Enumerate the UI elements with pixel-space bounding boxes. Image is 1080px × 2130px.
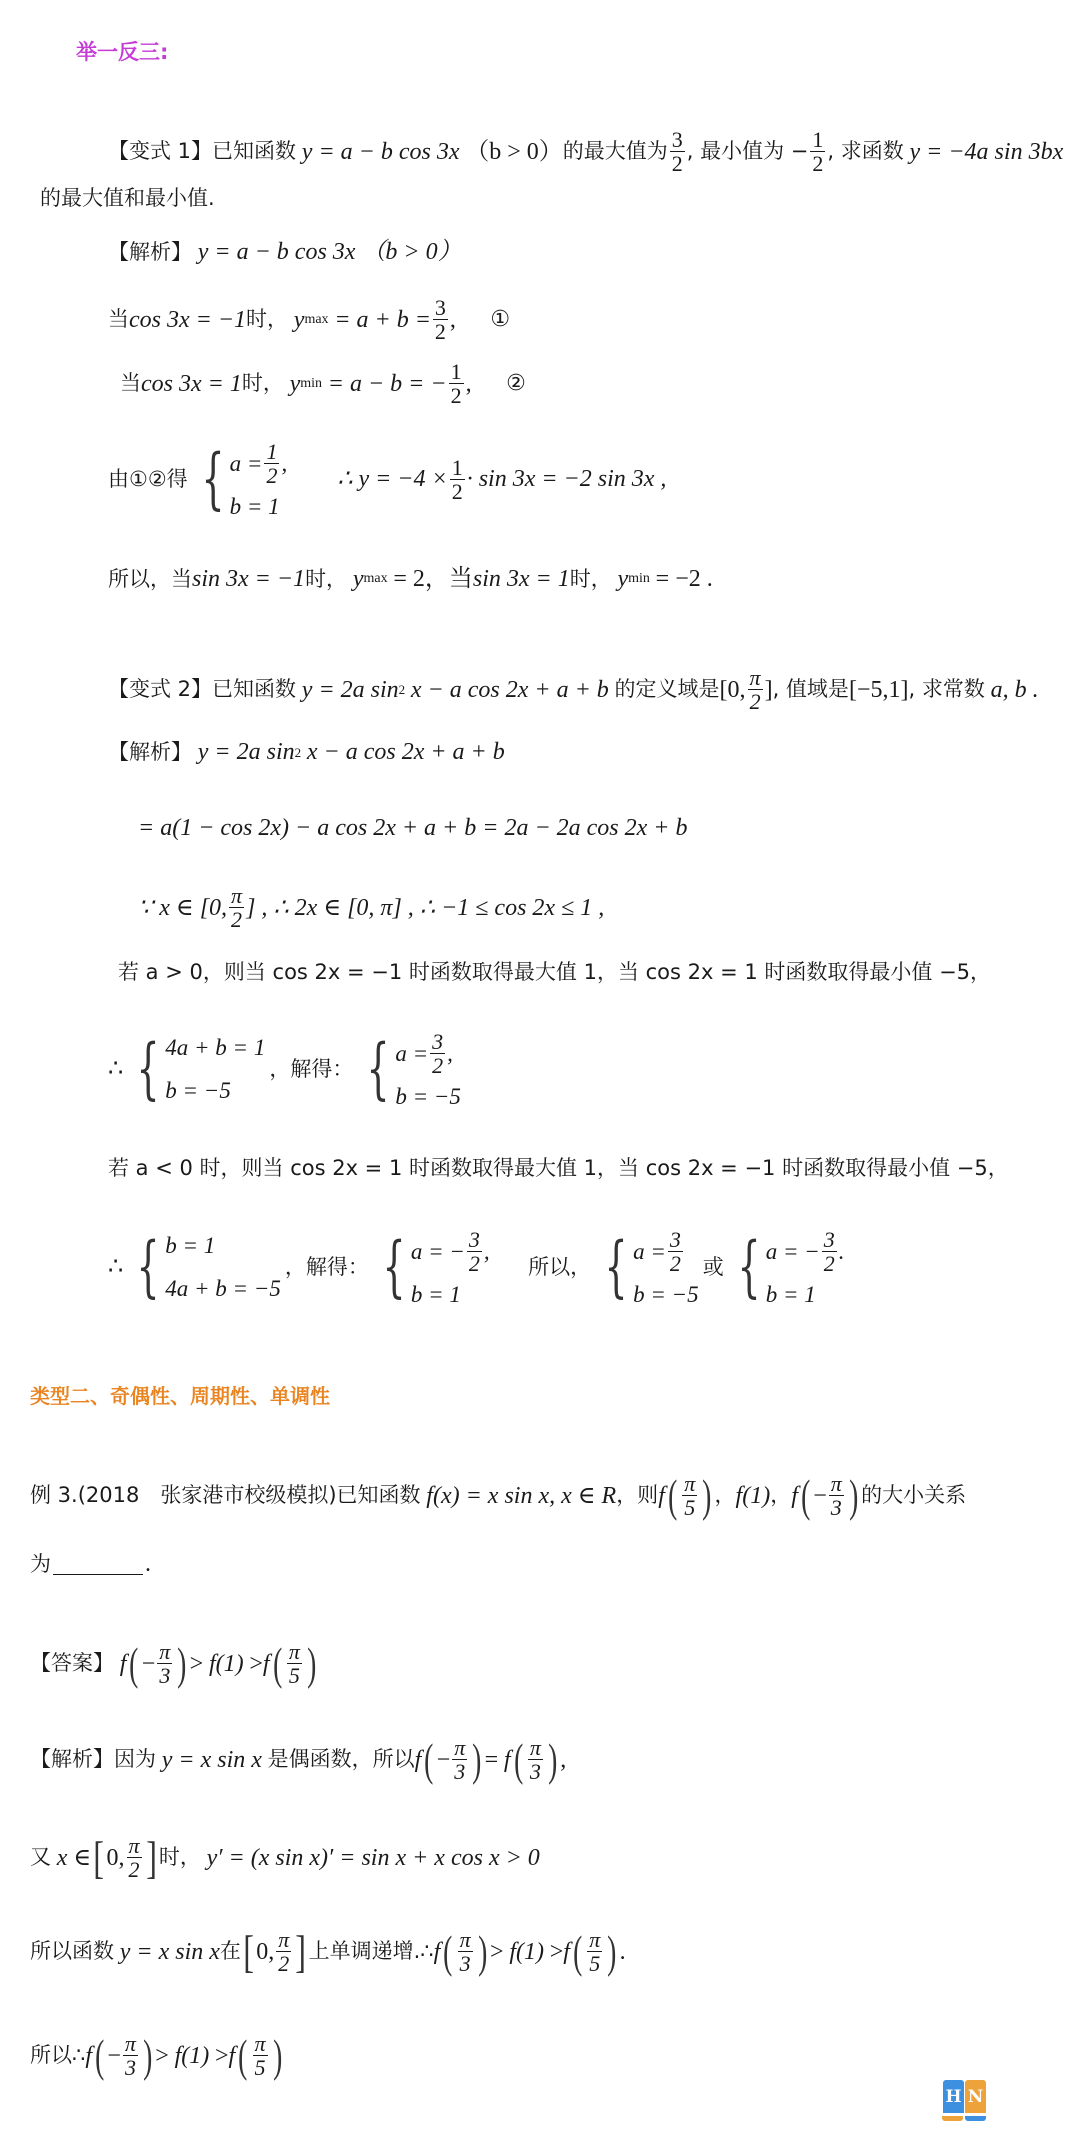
system-row: b = 1 (766, 1283, 845, 1306)
system-row: 4a + b = 1 (165, 1036, 265, 1059)
text: 上单调递增.∴ (309, 1941, 434, 1962)
hn-logo-icon: H N (942, 2080, 988, 2122)
system-row: b = −5 (633, 1283, 699, 1306)
example3-solution-line3: 所以函数 y = x sin x 在 [0,π2] 上单调递增.∴ f(π3) … (30, 1928, 626, 1975)
denominator: 2 (810, 151, 825, 175)
fraction: π2 (748, 666, 763, 713)
math-expr: y = 2a sin (198, 740, 295, 764)
system-row: b = −5 (395, 1085, 461, 1108)
system-row: 4a + b = −5 (165, 1277, 281, 1300)
text: 若 a > 0，则当 cos 2x = −1 时函数取得最大值 1，当 cos … (118, 962, 991, 983)
text: , 值域是 (773, 679, 849, 700)
equation-system: { a = −32. b = 1 (728, 1228, 845, 1306)
brace-icon: { (201, 440, 224, 518)
superscript: 2 (295, 746, 302, 759)
math-expr: x − a cos 2x + a + b (307, 740, 505, 764)
superscript: 2 (399, 683, 406, 696)
solution-label: 【解析】 (108, 242, 192, 263)
math-expr: y = a − b cos 3x (302, 140, 460, 164)
math-expr: f(x) = x sin x, x ∈ R (426, 1484, 616, 1508)
subscript: max (304, 313, 328, 327)
numerator: 1 (450, 456, 465, 479)
example3-solution-line2: 又 x ∈ [0,π2] 时， y′ = (x sin x)′ = sin x … (30, 1834, 540, 1881)
text: 所以∴ (30, 2045, 85, 2066)
text: 的大小关系 (861, 1485, 966, 1506)
text: ，解得： (285, 1257, 369, 1278)
variant1-question-line2: 的最大值和最小值. (40, 188, 215, 209)
math-expr: = a − b = − (328, 372, 447, 396)
math-expr: sin 3x = 1 (473, 567, 570, 591)
text: 的定义域是 (615, 679, 720, 700)
variant1-step2: 当 cos 3x = 1 时， ymin = a − b = − 12 , ② (120, 360, 526, 407)
text: 所以，当 (108, 569, 192, 590)
section-heading-practice: 举一反三: (76, 36, 168, 66)
system-row: b = 1 (165, 1234, 281, 1257)
denominator: 2 (449, 383, 464, 407)
subscript: min (628, 572, 650, 586)
math-var: y (294, 308, 305, 332)
solution-label: 【解析】 (108, 742, 192, 763)
system-row: b = −5 (165, 1079, 265, 1102)
math-expr: = −2 . (656, 567, 713, 591)
variant1-question-line1: 【变式 1】 已知函数 y = a − b cos 3x （b > 0） 的最大… (108, 128, 1063, 175)
text: 是偶函数，所以 (268, 1749, 415, 1770)
fraction: π5 (682, 1472, 697, 1519)
variant2-case2-system: ∴ { b = 1 4a + b = −5 ，解得： { a = −32, b … (108, 1228, 848, 1306)
therefore-symbol: ∴ (108, 1057, 123, 1081)
variant2-solution-line2: = a(1 − cos 2x) − a cos 2x + a + b = 2a … (138, 816, 687, 840)
text: ，则 (616, 1485, 658, 1506)
logo-letter-h: H (943, 2080, 964, 2113)
therefore-symbol: ∴ (108, 1255, 123, 1279)
math-expr: y = a − b cos 3x （b > 0） (198, 240, 462, 264)
math-var: y (290, 372, 301, 396)
text: 当 (108, 309, 129, 330)
equation-system: { a = −32, b = 1 (373, 1228, 490, 1306)
text: . (145, 1552, 151, 1576)
math-expr: · sin 3x = −2 sin 3x , (467, 467, 667, 491)
text: 例 3.(2018 张家港市校级模拟)已知函数 (30, 1485, 421, 1506)
math-expr: a, b . (991, 678, 1039, 702)
math-expr: ] , ∴ 2x ∈ [0, π] , ∴ −1 ≤ cos 2x ≤ 1 , (246, 896, 604, 920)
math-expr: y = x sin x (162, 1748, 262, 1772)
math-expr: = a(1 − cos 2x) − a cos 2x + a + b = 2a … (138, 816, 687, 840)
system-row: b = 1 (411, 1283, 490, 1306)
brace-icon: { (137, 1036, 160, 1102)
variant1-step3: 由①②得 { a =12, b = 1 ∴ y = −4 × 12 · sin … (108, 440, 666, 518)
example3-solution-line4: 所以∴ f(−π3) > f(1) > f(π5) (30, 2032, 285, 2079)
math-expr: y′ = (x sin x)′ = sin x + x cos x > 0 (207, 1846, 540, 1870)
equation-system: { a =32 b = −5 (595, 1228, 699, 1306)
math-var: y (617, 567, 628, 591)
text: 已知函数 (212, 141, 296, 162)
fraction: 12 (450, 456, 465, 503)
text: ，解得： (269, 1059, 353, 1080)
text: , 最小值为 − (687, 141, 809, 162)
math-expr: [0, (720, 678, 746, 702)
math-cond: （b > 0） (465, 140, 563, 164)
fraction: π3 (829, 1472, 844, 1519)
brace-icon: { (137, 1234, 160, 1300)
logo-base-left (942, 2116, 963, 2121)
math-expr: ] (765, 678, 773, 702)
brace-icon: { (605, 1228, 628, 1306)
equation-system: { 4a + b = 1 b = −5 (127, 1036, 265, 1102)
math-expr: ∵ x ∈ [0, (138, 896, 227, 920)
denominator: 2 (450, 479, 465, 503)
example3-answer: 【答案】 f(−π3) > f(1) > f(π5) (30, 1640, 319, 1687)
system-row: a =32 (633, 1228, 699, 1275)
brace-icon: { (737, 1228, 760, 1306)
variant2-solution-line1: 【解析】 y = 2a sin2 x − a cos 2x + a + b (108, 740, 505, 764)
system-row: a = −32. (766, 1228, 845, 1275)
fraction: 32 (670, 128, 685, 175)
numerator: 1 (449, 360, 464, 383)
solution-label: 【解析】 (30, 1749, 114, 1770)
section-heading-type2: 类型二、奇偶性、周期性、单调性 (30, 1380, 330, 1409)
system-row: a =32, (395, 1030, 461, 1077)
math-expr: cos 3x = −1 (129, 308, 246, 332)
example3-question-line1: 例 3.(2018 张家港市校级模拟)已知函数 f(x) = x sin x, … (30, 1472, 966, 1519)
fraction: π2 (229, 884, 244, 931)
example3-solution-line1: 【解析】 因为 y = x sin x 是偶函数，所以 f(−π3) = f(π… (30, 1736, 566, 1783)
subscript: min (300, 377, 322, 391)
text: 当 (120, 373, 141, 394)
text: 所以， (528, 1257, 591, 1278)
math-expr: = 2，当 (393, 567, 473, 591)
equation-system: { a =12, b = 1 (192, 440, 288, 518)
brace-icon: { (382, 1228, 405, 1306)
math-var: y (353, 567, 364, 591)
numerator: 3 (433, 296, 448, 319)
numerator: 1 (810, 128, 825, 151)
text: 已知函数 (212, 679, 296, 700)
math-expr: sin 3x = −1 (192, 567, 305, 591)
example3-question-line2: 为 . (30, 1552, 151, 1576)
math-expr: y = −4a sin 3bx (910, 140, 1064, 164)
variant2-case2-text: 若 a < 0 时，则当 cos 2x = 1 时函数取得最大值 1，当 cos… (108, 1158, 1009, 1179)
system-row: a = −32, (411, 1228, 490, 1275)
fraction: 32 (433, 296, 448, 343)
equation-marker-2: ② (506, 373, 526, 395)
denominator: 2 (433, 319, 448, 343)
variant1-label: 【变式 1】 (108, 141, 212, 162)
variant2-question: 【变式 2】 已知函数 y = 2a sin2 x − a cos 2x + a… (108, 666, 1039, 713)
text: 的最大值为 (563, 141, 668, 162)
text: 时， (242, 373, 284, 394)
text: 为 (30, 1554, 51, 1575)
text: , 求函数 (827, 141, 903, 162)
fraction: 12 (449, 360, 464, 407)
text: 若 a < 0 时，则当 cos 2x = 1 时函数取得最大值 1，当 cos… (108, 1158, 1009, 1179)
math-expr: f(1) (736, 1484, 771, 1508)
math-expr: = a + b = (334, 308, 431, 332)
variant2-label: 【变式 2】 (108, 679, 212, 700)
math-expr: x ∈ (57, 1846, 91, 1870)
variant2-case1-system: ∴ { 4a + b = 1 b = −5 ，解得： { a =32, b = … (108, 1030, 465, 1108)
variant1-step1: 当 cos 3x = −1 时， ymax = a + b = 32 , ① (108, 296, 510, 343)
text: 在 (220, 1941, 241, 1962)
variant2-case1-text: 若 a > 0，则当 cos 2x = −1 时函数取得最大值 1，当 cos … (118, 962, 991, 983)
equation-marker-1: ① (490, 309, 510, 331)
fraction: 12 (810, 128, 825, 175)
logo-base-right (965, 2116, 986, 2121)
variant1-solution-line1: 【解析】 y = a − b cos 3x （b > 0） (108, 240, 462, 264)
text: 又 (30, 1847, 51, 1868)
math-expr: x − a cos 2x + a + b (411, 678, 609, 702)
text: 时， (246, 309, 288, 330)
numerator: 3 (670, 128, 685, 151)
denominator: 2 (670, 151, 685, 175)
equation-system: { b = 1 4a + b = −5 (127, 1234, 281, 1300)
system-row: b = 1 (230, 495, 288, 518)
brace-icon: { (367, 1030, 390, 1108)
text: 或 (703, 1257, 724, 1278)
text: 的最大值和最小值. (40, 188, 215, 209)
system-row: a =12, (230, 440, 288, 487)
math-expr: y = 2a sin (302, 678, 399, 702)
math-expr: ∴ y = −4 × (337, 467, 448, 491)
text: 所以函数 (30, 1941, 114, 1962)
answer-label: 【答案】 (30, 1653, 114, 1674)
math-expr: y = x sin x (120, 1940, 220, 1964)
text: 由①②得 (108, 469, 188, 490)
text: 时， (159, 1847, 201, 1868)
variant1-step4: 所以，当 sin 3x = −1 时， ymax = 2，当 sin 3x = … (108, 567, 713, 591)
text: 时， (305, 569, 347, 590)
text: , 求常数 (908, 679, 984, 700)
subscript: max (363, 572, 387, 586)
text: 因为 (114, 1749, 156, 1770)
math-expr: [−5,1] (849, 678, 909, 702)
answer-blank (53, 1554, 143, 1575)
logo-letter-n: N (965, 2080, 986, 2113)
math-expr: cos 3x = 1 (141, 372, 242, 396)
equation-system: { a =32, b = −5 (357, 1030, 461, 1108)
variant2-solution-line3: ∵ x ∈ [0, π2 ] , ∴ 2x ∈ [0, π] , ∴ −1 ≤ … (138, 884, 604, 931)
text: 时， (570, 569, 612, 590)
